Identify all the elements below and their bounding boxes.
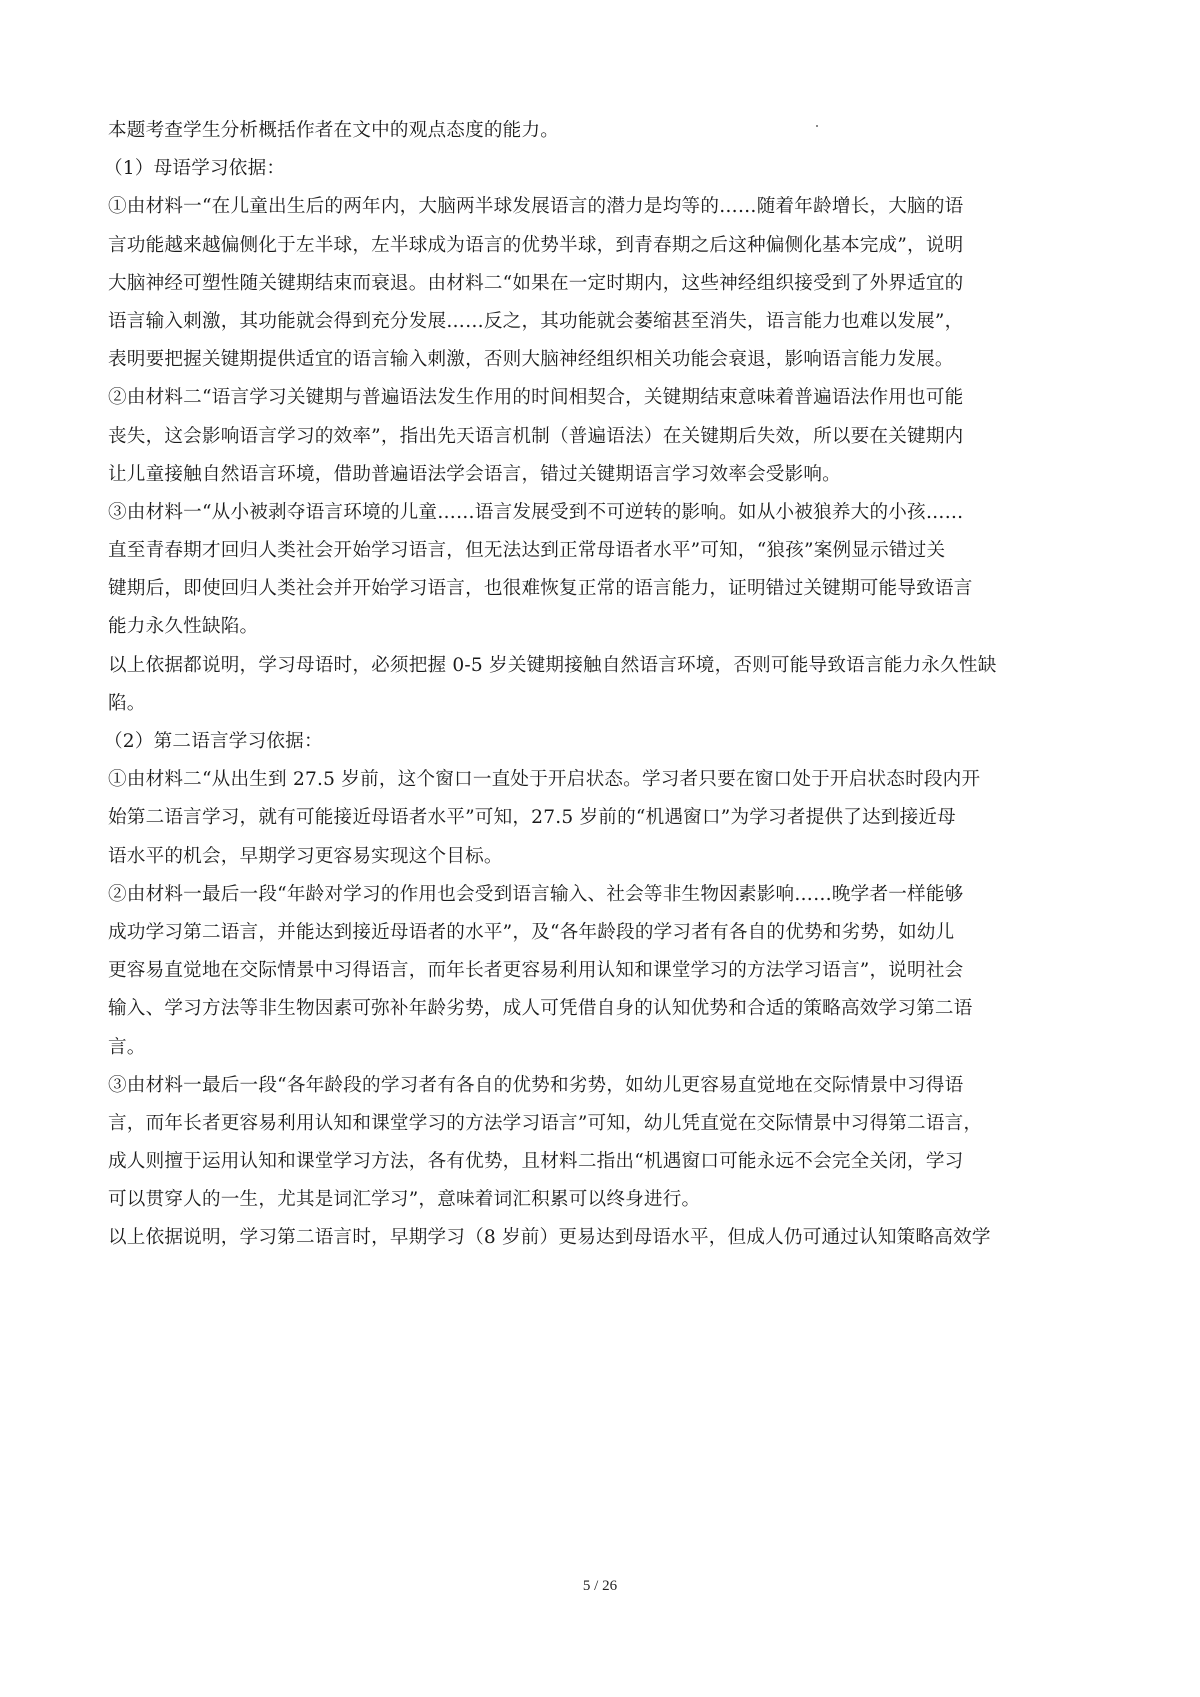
summary-line: 陷。 (108, 685, 1098, 723)
page-number: 5 / 26 (0, 1578, 1200, 1595)
text-line: ③由材料一“从小被剥夺语言环境的儿童……语言发展受到不可逆转的影响。如从小被狼养… (108, 494, 1098, 532)
text-line: ③由材料一最后一段“各年龄段的学习者有各自的优势和劣势，如幼儿更容易直觉地在交际… (108, 1067, 1098, 1105)
text-line: 丧失，这会影响语言学习的效率”，指出先天语言机制（普遍语法）在关键期后失效，所以… (108, 418, 1098, 456)
text-line: ②由材料一最后一段“年龄对学习的作用也会受到语言输入、社会等非生物因素影响……晚… (108, 876, 1098, 914)
text-line: 键期后，即使回归人类社会并开始学习语言，也很难恢复正常的语言能力，证明错过关键期… (108, 570, 1098, 608)
text-line: 让儿童接触自然语言环境，借助普遍语法学会语言，错过关键期语言学习效率会受影响。 (108, 456, 1098, 494)
summary-line: 以上依据说明，学习第二语言时，早期学习（8 岁前）更易达到母语水平，但成人仍可通… (108, 1219, 1098, 1257)
text-line: 直至青春期才回归人类社会开始学习语言，但无法达到正常母语者水平”可知，“狼孩”案… (108, 532, 1098, 570)
text-line: 言。 (108, 1029, 1098, 1067)
intro-line: 本题考查学生分析概括作者在文中的观点态度的能力。 (108, 112, 1098, 150)
text-line: 言，而年长者更容易利用认知和课堂学习的方法学习语言”可知，幼儿凭直觉在交际情景中… (108, 1105, 1098, 1143)
text-line: 大脑神经可塑性随关键期结束而衰退。由材料二“如果在一定时期内，这些神经组织接受到… (108, 265, 1098, 303)
document-body: 本题考查学生分析概括作者在文中的观点态度的能力。 （1）母语学习依据： ①由材料… (108, 112, 1098, 1258)
text-line: 可以贯穿人的一生，尤其是词汇学习”，意味着词汇积累可以终身进行。 (108, 1181, 1098, 1219)
text-line: ①由材料一“在儿童出生后的两年内，大脑两半球发展语言的潜力是均等的……随着年龄增… (108, 188, 1098, 226)
text-line: 表明要把握关键期提供适宜的语言输入刺激，否则大脑神经组织相关功能会衰退，影响语言… (108, 341, 1098, 379)
text-line: 言功能越来越偏侧化于左半球，左半球成为语言的优势半球，到青春期之后这种偏侧化基本… (108, 227, 1098, 265)
text-line: 能力永久性缺陷。 (108, 608, 1098, 646)
text-line: 成功学习第二语言，并能达到接近母语者的水平”，及“各年龄段的学习者有各自的优势和… (108, 914, 1098, 952)
text-line: 成人则擅于运用认知和课堂学习方法，各有优势，且材料二指出“机遇窗口可能永远不会完… (108, 1143, 1098, 1181)
text-line: ①由材料二“从出生到 27.5 岁前，这个窗口一直处于开启状态。学习者只要在窗口… (108, 761, 1098, 799)
text-line: 语言输入刺激，其功能就会得到充分发展……反之，其功能就会萎缩甚至消失，语言能力也… (108, 303, 1098, 341)
summary-line: 以上依据都说明，学习母语时，必须把握 0-5 岁关键期接触自然语言环境，否则可能… (108, 647, 1098, 685)
text-line: 语水平的机会，早期学习更容易实现这个目标。 (108, 838, 1098, 876)
section-heading-native-language: （1）母语学习依据： (104, 150, 1098, 188)
text-line: 输入、学习方法等非生物因素可弥补年龄劣势，成人可凭借自身的认知优势和合适的策略高… (108, 990, 1098, 1028)
section-heading-second-language: （2）第二语言学习依据： (104, 723, 1098, 761)
text-line: 更容易直觉地在交际情景中习得语言，而年长者更容易利用认知和课堂学习的方法学习语言… (108, 952, 1098, 990)
text-line: ②由材料二“语言学习关键期与普遍语法发生作用的时间相契合，关键期结束意味着普遍语… (108, 379, 1098, 417)
text-line: 始第二语言学习，就有可能接近母语者水平”可知，27.5 岁前的“机遇窗口”为学习… (108, 799, 1098, 837)
